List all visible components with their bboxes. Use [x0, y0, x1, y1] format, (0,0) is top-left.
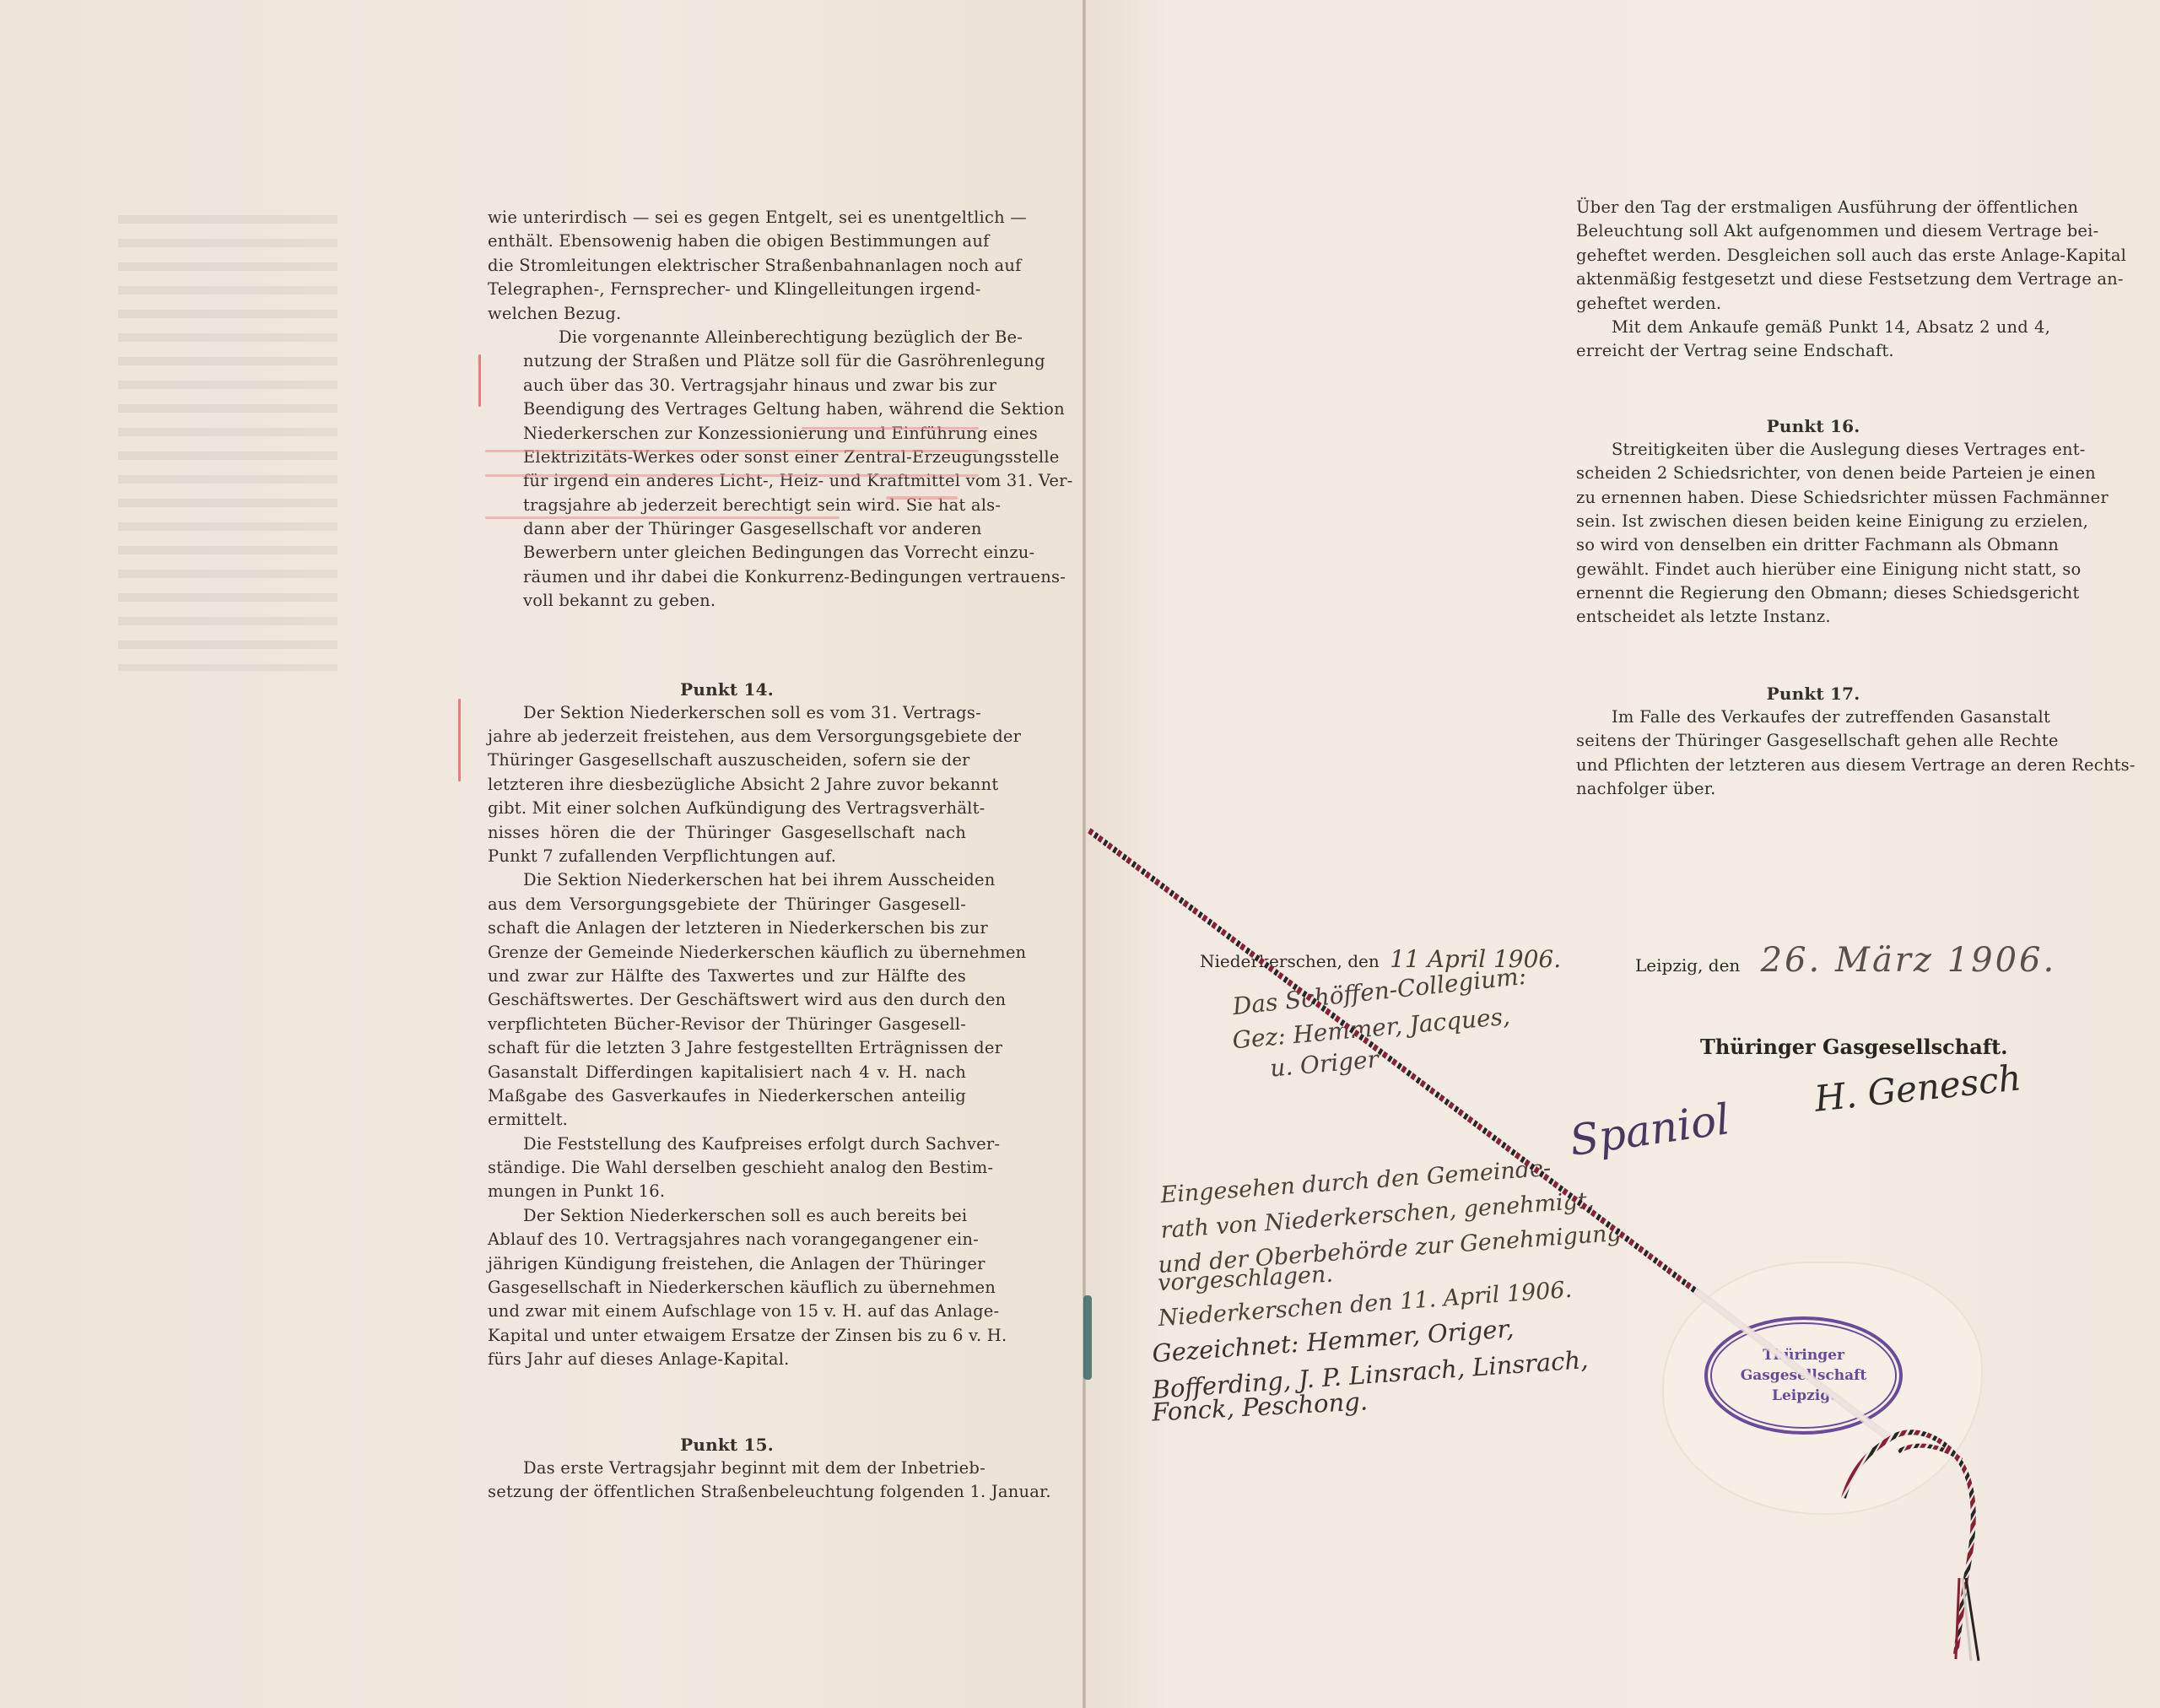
- text-line: ermittelt.: [488, 1108, 966, 1132]
- red-underline: [485, 450, 979, 452]
- text-line: fürs Jahr auf dieses Anlage-Kapital.: [488, 1348, 966, 1371]
- text-line: Telegraphen-, Fernsprecher- und Klingell…: [488, 278, 966, 301]
- paragraph: Die Sektion Niederkerschen hat bei ihrem…: [488, 868, 966, 1132]
- text-line: verpflichteten Bücher-Revisor der Thürin…: [488, 1013, 966, 1036]
- text-line: setzung der öffentlichen Straßenbeleucht…: [488, 1480, 966, 1504]
- text-line: gibt. Mit einer solchen Aufkündigung des…: [488, 797, 966, 820]
- text-line: letzteren ihre diesbezügliche Absicht 2 …: [488, 773, 966, 797]
- left-text-column: wie unterirdisch — sei es gegen Entgelt,…: [488, 206, 966, 1504]
- text-line: gewählt. Findet auch hierüber eine Einig…: [1576, 558, 2050, 581]
- text-line: Die vorgenannte Alleinberechtigung bezüg…: [488, 326, 966, 349]
- text-line: für irgend ein anderes Licht-, Heiz- und…: [488, 469, 966, 493]
- text-line: so wird von denselben ein dritter Fachma…: [1576, 533, 2050, 557]
- text-line: und zwar mit einem Aufschlage von 15 v. …: [488, 1300, 966, 1323]
- text-line: mungen in Punkt 16.: [488, 1180, 966, 1203]
- paragraph: Der Sektion Niederkerschen soll es auch …: [488, 1204, 966, 1372]
- paragraph: Der Sektion Niederkerschen soll es vom 3…: [488, 701, 966, 869]
- company-stamp: Thüringer Gasgesellschaft Leipzig.: [1704, 1316, 1903, 1435]
- red-underline: [485, 516, 840, 519]
- text-line: schaft die Anlagen der letzteren in Nied…: [488, 916, 966, 940]
- text-line: Maßgabe des Gasverkaufes in Niederkersch…: [488, 1084, 966, 1108]
- text-line: Grenze der Gemeinde Niederkerschen käufl…: [488, 941, 966, 965]
- printed-place: Leipzig, den: [1635, 955, 1740, 976]
- text-line: wie unterirdisch — sei es gegen Entgelt,…: [488, 206, 966, 230]
- margin-mark: [478, 354, 481, 407]
- text-line: erreicht der Vertrag seine Endschaft.: [1576, 339, 2050, 363]
- text-line: Das erste Vertragsjahr beginnt mit dem d…: [488, 1457, 966, 1480]
- text-line: die Stromleitungen elektrischer Straßenb…: [488, 254, 966, 278]
- stamp-line: Leipzig.: [1708, 1386, 1899, 1406]
- fold-stain: [1083, 1295, 1092, 1380]
- text-line: ernennt die Regierung den Obmann; dieses…: [1576, 581, 2050, 605]
- text-line: Niederkerschen zur Konzessionierung und …: [488, 422, 966, 446]
- text-line: ständige. Die Wahl derselben geschieht a…: [488, 1156, 966, 1180]
- text-line: sein. Ist zwischen diesen beiden keine E…: [1576, 510, 2050, 533]
- bleed-through-text: [118, 215, 337, 671]
- text-line: jährigen Kündigung freistehen, die Anlag…: [488, 1252, 966, 1276]
- section-heading-punkt-16: Punkt 16.: [1576, 414, 2050, 438]
- text-line: auch über das 30. Vertragsjahr hinaus un…: [488, 374, 966, 397]
- text-line: welchen Bezug.: [488, 302, 966, 326]
- text-line: Über den Tag der erstmaligen Ausführung …: [1576, 196, 2050, 219]
- section-heading-punkt-15: Punkt 15.: [488, 1433, 966, 1457]
- center-fold: [1083, 0, 1086, 1708]
- text-line: schaft für die letzten 3 Jahre festgeste…: [488, 1036, 966, 1060]
- text-line: nachfolger über.: [1576, 777, 2050, 801]
- text-line: scheiden 2 Schiedsrichter, von denen bei…: [1576, 462, 2050, 485]
- paragraph: Die Feststellung des Kaufpreises erfolgt…: [488, 1132, 966, 1204]
- text-line: Bewerbern unter gleichen Bedingungen das…: [488, 541, 966, 565]
- text-line: nutzung der Straßen und Plätze soll für …: [488, 349, 966, 373]
- paragraph: Über den Tag der erstmaligen Ausführung …: [1576, 196, 2050, 316]
- text-line: Streitigkeiten über die Auslegung dieses…: [1576, 438, 2050, 462]
- text-line: geheftet werden. Desgleichen soll auch d…: [1576, 244, 2050, 268]
- text-line: Im Falle des Verkaufes der zutreffenden …: [1576, 705, 2050, 729]
- printed-place: Niederkerschen, den: [1200, 951, 1380, 971]
- text-line: Beendigung des Vertrages Geltung haben, …: [488, 397, 966, 421]
- company-name: Thüringer Gasgesellschaft.: [1700, 1035, 2008, 1059]
- text-line: Punkt 7 zufallenden Verpflichtungen auf.: [488, 845, 966, 868]
- text-line: geheftet werden.: [1576, 292, 2050, 316]
- text-line: dann aber der Thüringer Gasgesellschaft …: [488, 517, 966, 541]
- text-line: Gasanstalt Differdingen kapitalisiert na…: [488, 1061, 966, 1084]
- section-heading-punkt-14: Punkt 14.: [488, 678, 966, 701]
- text-line: Ablauf des 10. Vertragsjahres nach voran…: [488, 1228, 966, 1251]
- margin-mark: [458, 699, 461, 781]
- paragraph: Streitigkeiten über die Auslegung dieses…: [1576, 438, 2050, 630]
- paragraph: wie unterirdisch — sei es gegen Entgelt,…: [488, 206, 966, 326]
- text-line: Beleuchtung soll Akt aufgenommen und die…: [1576, 219, 2050, 243]
- text-line: enthält. Ebensowenig haben die obigen Be…: [488, 230, 966, 253]
- paragraph: Mit dem Ankaufe gemäß Punkt 14, Absatz 2…: [1576, 316, 2050, 364]
- red-underline: [485, 474, 979, 477]
- text-line: aktenmäßig festgesetzt und diese Festset…: [1576, 268, 2050, 291]
- text-line: Thüringer Gasgesellschaft auszuscheiden,…: [488, 749, 966, 772]
- text-line: entscheidet als letzte Instanz.: [1576, 605, 2050, 629]
- text-line: und Pflichten der letzteren aus diesem V…: [1576, 754, 2050, 777]
- red-underline: [802, 427, 979, 430]
- text-line: Mit dem Ankaufe gemäß Punkt 14, Absatz 2…: [1576, 316, 2050, 339]
- text-line: Die Sektion Niederkerschen hat bei ihrem…: [488, 868, 966, 892]
- stamp-line: Thüringer: [1708, 1345, 1899, 1365]
- text-line: zu ernennen haben. Diese Schiedsrichter …: [1576, 486, 2050, 510]
- text-line: nisses hören die der Thüringer Gasgesell…: [488, 821, 966, 845]
- text-line: aus dem Versorgungsgebiete der Thüringer…: [488, 893, 966, 916]
- text-line: voll bekannt zu geben.: [488, 589, 966, 613]
- text-line: seitens der Thüringer Gasgesellschaft ge…: [1576, 729, 2050, 753]
- paragraph: Im Falle des Verkaufes der zutreffenden …: [1576, 705, 2050, 802]
- text-line: Der Sektion Niederkerschen soll es vom 3…: [488, 701, 966, 725]
- text-line: Kapital und unter etwaigem Ersatze der Z…: [488, 1324, 966, 1348]
- paragraph: Die vorgenannte Alleinberechtigung bezüg…: [488, 326, 966, 613]
- right-place-date: Leipzig, den 26. März 1906.: [1635, 941, 2056, 980]
- text-line: und zwar zur Hälfte des Taxwertes und zu…: [488, 965, 966, 988]
- handwritten-date: 26. März 1906.: [1761, 941, 2057, 980]
- text-line: räumen und ihr dabei die Konkurrenz-Bedi…: [488, 565, 966, 589]
- text-line: Gasgesellschaft in Niederkerschen käufli…: [488, 1276, 966, 1300]
- right-text-column: Über den Tag der erstmaligen Ausführung …: [1576, 196, 2050, 801]
- section-heading-punkt-17: Punkt 17.: [1576, 682, 2050, 705]
- text-line: Geschäftswertes. Der Geschäftswert wird …: [488, 988, 966, 1012]
- stamp-line: Gasgesellschaft: [1708, 1365, 1899, 1386]
- red-underline: [886, 496, 958, 500]
- text-line: jahre ab jederzeit freistehen, aus dem V…: [488, 725, 966, 749]
- text-line: Die Feststellung des Kaufpreises erfolgt…: [488, 1132, 966, 1156]
- paragraph: Das erste Vertragsjahr beginnt mit dem d…: [488, 1457, 966, 1505]
- text-line: Der Sektion Niederkerschen soll es auch …: [488, 1204, 966, 1228]
